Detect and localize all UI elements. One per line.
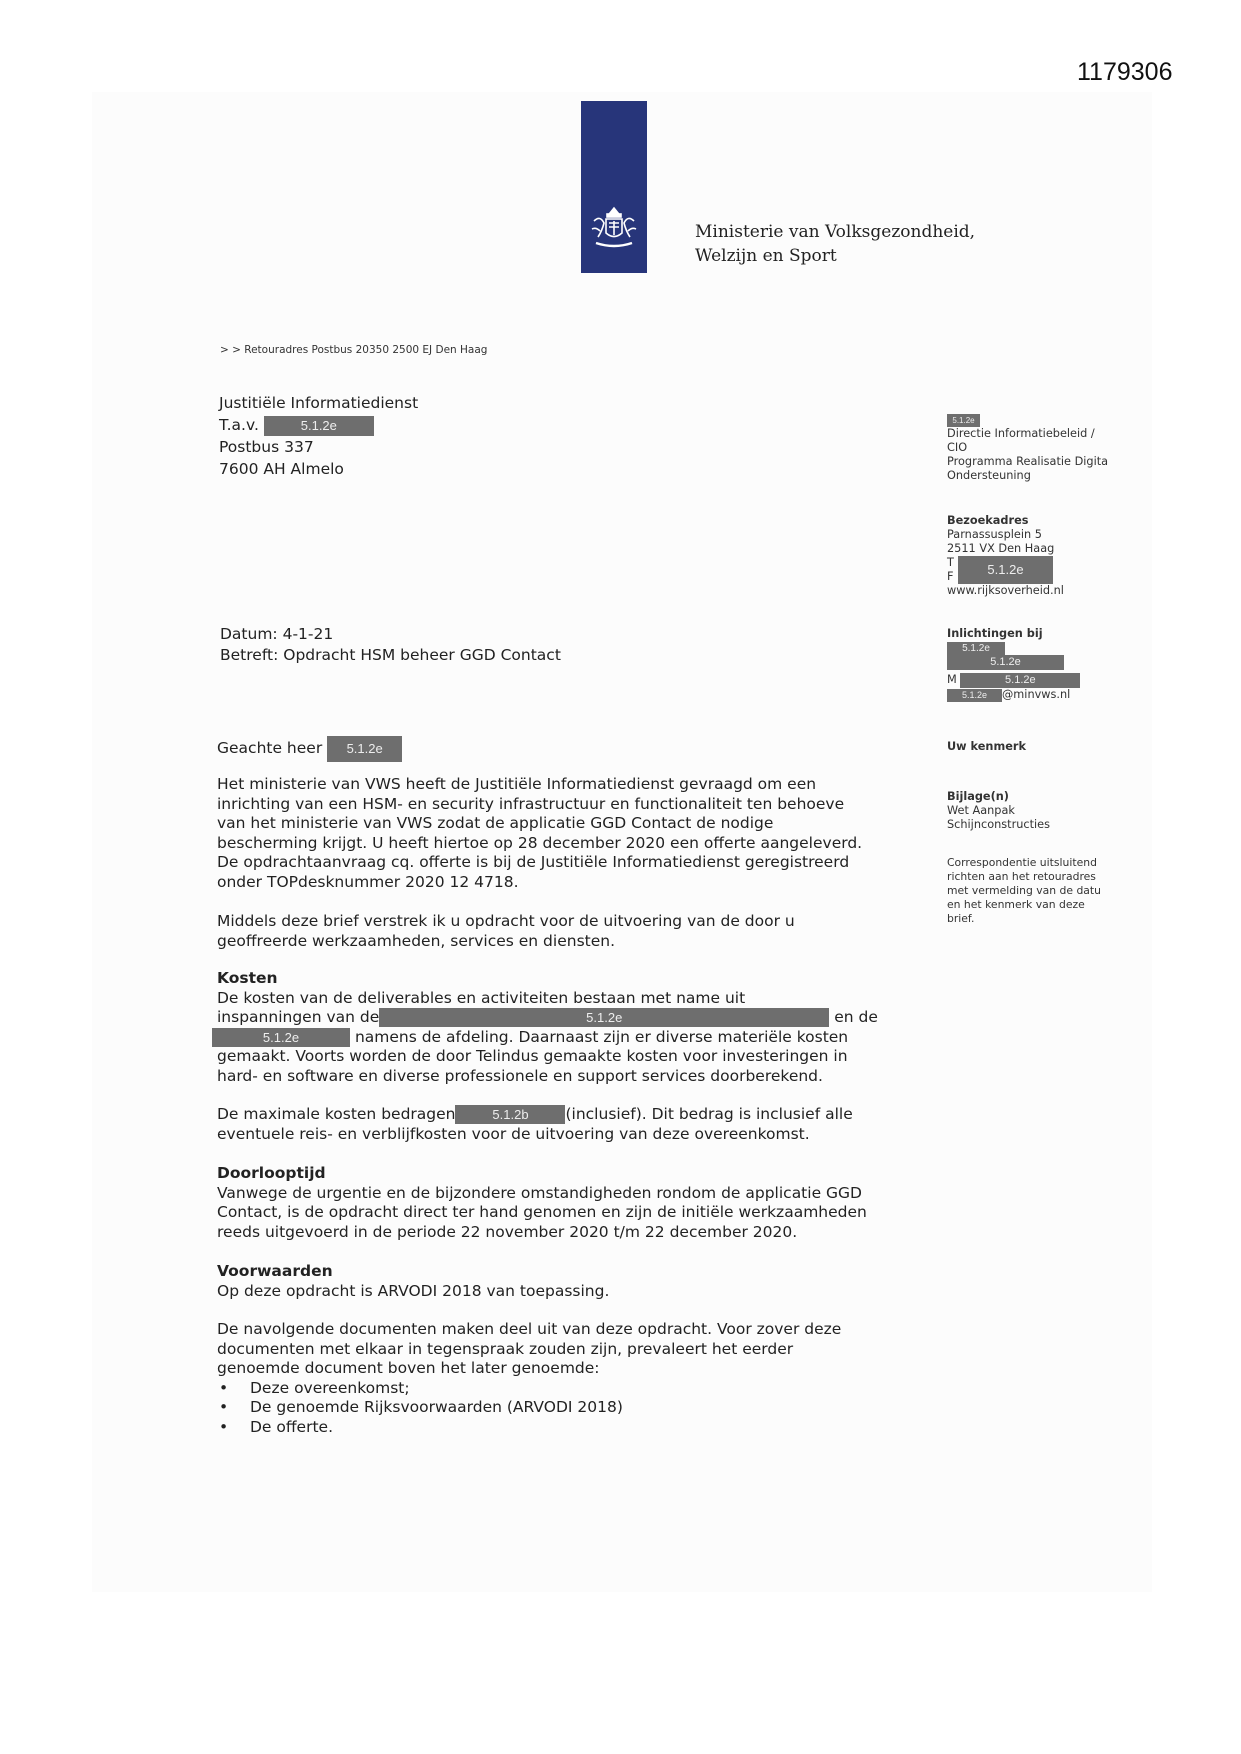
visit-address-title: Bezoekadres — [947, 514, 1127, 528]
text-line: inspanningen van de5.1.2e en de — [217, 1008, 917, 1028]
text-span: namens de afdeling. Daarnaast zijn er di… — [355, 1028, 848, 1046]
ministry-name-line1: Ministerie van Volksgezondheid, — [695, 220, 975, 244]
coat-of-arms-icon — [588, 205, 640, 253]
recipient-address: Justitiële Informatiedienst T.a.v. 5.1.2… — [219, 392, 418, 480]
note-line: Correspondentie uitsluitend — [947, 856, 1127, 870]
documents-section: De navolgende documenten maken deel uit … — [217, 1320, 917, 1437]
text-line: Vanwege de urgentie en de bijzondere oms… — [217, 1184, 917, 1204]
note-line: met vermelding van de datu — [947, 884, 1127, 898]
contact-title: Inlichtingen bij — [947, 627, 1127, 641]
subject-label: Betreft: — [220, 646, 278, 664]
recipient-city: 7600 AH Almelo — [219, 458, 418, 480]
note-line: richten aan het retouradres — [947, 870, 1127, 884]
your-reference: Uw kenmerk — [947, 740, 1127, 754]
list-item: De genoemde Rijksvoorwaarden (ARVODI 201… — [217, 1398, 917, 1418]
mobile-label: M — [947, 673, 957, 686]
assignment-paragraph: Middels deze brief verstrek ik u opdrach… — [217, 912, 917, 951]
visit-street: Parnassusplein 5 — [947, 528, 1127, 542]
text-line: onder TOPdesknummer 2020 12 4718. — [217, 873, 917, 893]
duration-section: Doorlooptijd Vanwege de urgentie en de b… — [217, 1164, 917, 1242]
subject-value: Opdracht HSM beheer GGD Contact — [283, 646, 561, 664]
text-span: De maximale kosten bedragen — [217, 1105, 455, 1123]
redaction-block: 5.1.2e — [327, 736, 402, 762]
text-line: reeds uitgevoerd in de periode 22 novemb… — [217, 1223, 917, 1243]
return-address: > > Retouradres Postbus 20350 2500 EJ De… — [220, 344, 487, 356]
attachments: Bijlage(n) Wet Aanpak Schijnconstructies — [947, 790, 1127, 832]
documents-list: Deze overeenkomst; De genoemde Rijksvoor… — [217, 1379, 917, 1438]
redaction-block: 5.1.2b — [455, 1105, 565, 1124]
text-line: De maximale kosten bedragen5.1.2b(inclus… — [217, 1105, 917, 1125]
list-item: Deze overeenkomst; — [217, 1379, 917, 1399]
redaction-block: 5.1.2e — [958, 556, 1053, 584]
visit-address: Bezoekadres Parnassusplein 5 2511 VX Den… — [947, 514, 1127, 598]
ministry-logo — [581, 101, 647, 273]
contact-info: Inlichtingen bij 5.1.2e 5.1.2e M 5.1.2e … — [947, 627, 1127, 702]
text-span: (inclusief). Dit bedrag is inclusief all… — [565, 1105, 852, 1123]
note-line: brief. — [947, 912, 1127, 926]
your-reference-title: Uw kenmerk — [947, 740, 1127, 754]
subject-line: Betreft: Opdracht HSM beheer GGD Contact — [220, 645, 561, 666]
salutation: Geachte heer 5.1.2e — [217, 736, 402, 762]
text-line: geoffreerde werkzaamheden, services en d… — [217, 932, 917, 952]
attachment-line: Schijnconstructies — [947, 818, 1127, 832]
phone-fax: T F 5.1.2e — [947, 556, 1127, 584]
sender-department: 5.1.2e Directie Informatiebeleid / CIO P… — [947, 413, 1127, 483]
attachments-title: Bijlage(n) — [947, 790, 1127, 804]
conditions-heading: Voorwaarden — [217, 1262, 917, 1282]
date-value: 4-1-21 — [283, 625, 334, 643]
redaction-block: 5.1.2e — [947, 655, 1064, 670]
document-number: 1179306 — [1077, 58, 1172, 87]
text-line: gemaakt. Voorts worden de door Telindus … — [217, 1047, 917, 1067]
text-line: genoemde document boven het later genoem… — [217, 1359, 917, 1379]
note-line: en het kenmerk van deze — [947, 898, 1127, 912]
mobile-line: M 5.1.2e — [947, 673, 1127, 688]
text-line: Middels deze brief verstrek ik u opdrach… — [217, 912, 917, 932]
email-line: 5.1.2e@minvws.nl — [947, 688, 1127, 702]
text-span: inspanningen van de — [217, 1008, 379, 1026]
website-link[interactable]: www.rijksoverheid.nl — [947, 584, 1127, 598]
text-line: inrichting van een HSM- en security infr… — [217, 795, 917, 815]
redaction-block: 5.1.2e — [960, 673, 1080, 688]
text-line: bescherming krijgt. U heeft hiertoe op 2… — [217, 834, 917, 854]
letter-meta: Datum: 4-1-21 Betreft: Opdracht HSM behe… — [220, 624, 561, 666]
correspondence-note: Correspondentie uitsluitend richten aan … — [947, 856, 1127, 926]
recipient-name: Justitiële Informatiedienst — [219, 392, 418, 414]
attachment-line: Wet Aanpak — [947, 804, 1127, 818]
redaction-block: 5.1.2e — [264, 416, 374, 436]
text-line: Contact, is de opdracht direct ter hand … — [217, 1203, 917, 1223]
dept-line: Ondersteuning — [947, 469, 1127, 483]
redaction-block: 5.1.2e — [379, 1008, 829, 1027]
text-line: hard- en software en diverse professione… — [217, 1067, 917, 1087]
email-domain: @minvws.nl — [1002, 688, 1070, 701]
intro-paragraph: Het ministerie van VWS heeft de Justitië… — [217, 775, 917, 892]
visit-city: 2511 VX Den Haag — [947, 542, 1127, 556]
redaction-block: 5.1.2e — [212, 1028, 350, 1047]
salutation-text: Geachte heer — [217, 739, 322, 757]
duration-heading: Doorlooptijd — [217, 1164, 917, 1184]
text-line: Op deze opdracht is ARVODI 2018 van toep… — [217, 1282, 917, 1302]
text-line: De opdrachtaanvraag cq. offerte is bij d… — [217, 853, 917, 873]
recipient-attention: T.a.v. 5.1.2e — [219, 414, 418, 436]
recipient-postbus: Postbus 337 — [219, 436, 418, 458]
redaction-block: 5.1.2e — [947, 689, 1002, 702]
text-line: 5.1.2e namens de afdeling. Daarnaast zij… — [212, 1028, 917, 1048]
attention-label: T.a.v. — [219, 416, 259, 434]
ministry-name: Ministerie van Volksgezondheid, Welzijn … — [695, 220, 975, 268]
text-line: eventuele reis- en verblijfkosten voor d… — [217, 1125, 917, 1145]
date-label: Datum: — [220, 625, 278, 643]
list-item: De offerte. — [217, 1418, 917, 1438]
redaction-block: 5.1.2e — [947, 642, 1005, 655]
text-line: De kosten van de deliverables en activit… — [217, 989, 917, 1009]
date-line: Datum: 4-1-21 — [220, 624, 561, 645]
text-span: en de — [834, 1008, 878, 1026]
conditions-section: Voorwaarden Op deze opdracht is ARVODI 2… — [217, 1262, 917, 1301]
dept-line: Directie Informatiebeleid / — [947, 427, 1127, 441]
ministry-name-line2: Welzijn en Sport — [695, 244, 975, 268]
text-line: Het ministerie van VWS heeft de Justitië… — [217, 775, 917, 795]
text-line: documenten met elkaar in tegenspraak zou… — [217, 1340, 917, 1360]
redaction-block: 5.1.2e — [947, 414, 980, 427]
dept-line: CIO — [947, 441, 1127, 455]
costs-heading: Kosten — [217, 969, 917, 989]
text-line: De navolgende documenten maken deel uit … — [217, 1320, 917, 1340]
costs-section: Kosten De kosten van de deliverables en … — [217, 969, 917, 1144]
dept-line: Programma Realisatie Digita — [947, 455, 1127, 469]
text-line: van het ministerie van VWS zodat de appl… — [217, 814, 917, 834]
